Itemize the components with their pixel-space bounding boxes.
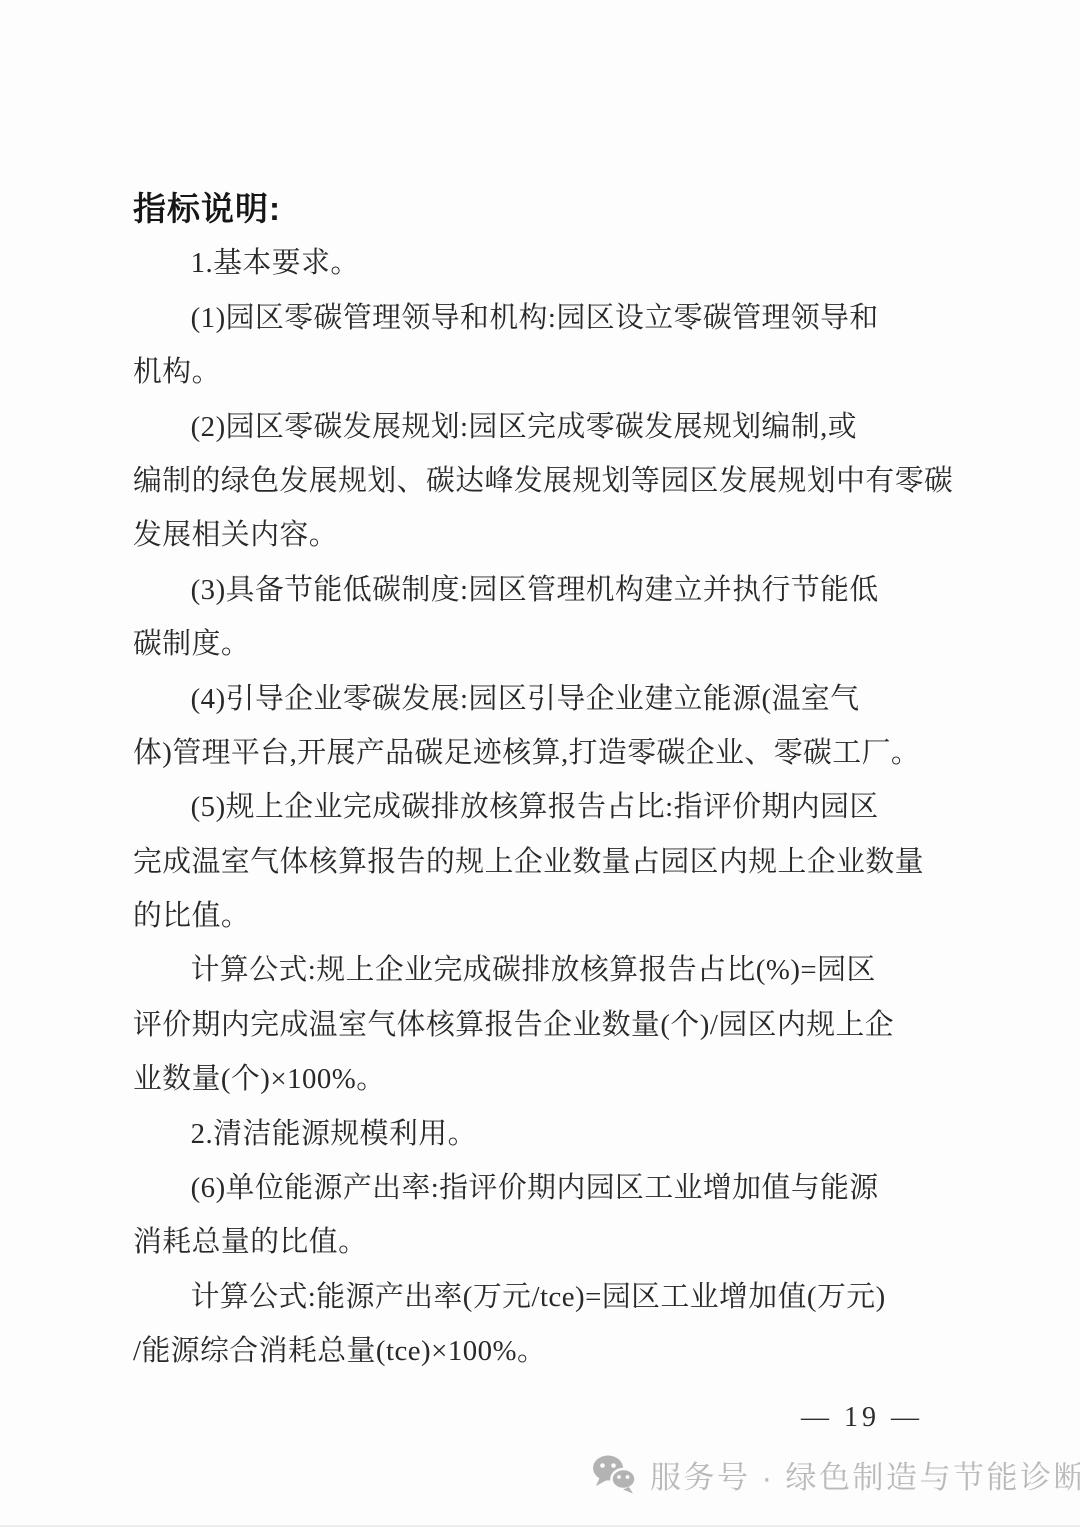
text-line: 编制的绿色发展规划、碳达峰发展规划等园区发展规划中有零碳 — [133, 454, 945, 508]
paragraph: (5)规上企业完成碳排放核算报告占比:指评价期内园区完成温室气体核算报告的规上企… — [133, 780, 945, 943]
text-line: (4)引导企业零碳发展:园区引导企业建立能源(温室气 — [133, 672, 945, 726]
paragraph: 计算公式:能源产出率(万元/tce)=园区工业增加值(万元)/能源综合消耗总量(… — [133, 1270, 945, 1379]
text-line: 评价期内完成温室气体核算报告企业数量(个)/园区内规上企 — [133, 998, 945, 1052]
text-line: 体)管理平台,开展产品碳足迹核算,打造零碳企业、零碳工厂。 — [133, 726, 945, 780]
text-line: (5)规上企业完成碳排放核算报告占比:指评价期内园区 — [133, 780, 945, 834]
page-title: 指标说明: — [133, 182, 945, 236]
text-line: 业数量(个)×100%。 — [133, 1052, 945, 1106]
text-line: (1)园区零碳管理领导和机构:园区设立零碳管理领导和 — [133, 291, 945, 345]
paragraph: (2)园区零碳发展规划:园区完成零碳发展规划编制,或编制的绿色发展规划、碳达峰发… — [133, 400, 945, 563]
text-line: (3)具备节能低碳制度:园区管理机构建立并执行节能低 — [133, 563, 945, 617]
paragraph: 计算公式:规上企业完成碳排放核算报告占比(%)=园区评价期内完成温室气体核算报告… — [133, 943, 945, 1106]
text-line: 1.基本要求。 — [133, 236, 945, 290]
text-line: 计算公式:能源产出率(万元/tce)=园区工业增加值(万元) — [133, 1270, 945, 1324]
wechat-icon — [592, 1454, 638, 1494]
text-line: 碳制度。 — [133, 617, 945, 671]
paragraph: (4)引导企业零碳发展:园区引导企业建立能源(温室气体)管理平台,开展产品碳足迹… — [133, 672, 945, 781]
paragraph: (3)具备节能低碳制度:园区管理机构建立并执行节能低碳制度。 — [133, 563, 945, 672]
text-line: (6)单位能源产出率:指评价期内园区工业增加值与能源 — [133, 1161, 945, 1215]
paragraph: (6)单位能源产出率:指评价期内园区工业增加值与能源消耗总量的比值。 — [133, 1161, 945, 1270]
paragraph: (1)园区零碳管理领导和机构:园区设立零碳管理领导和机构。 — [133, 291, 945, 400]
text-line: 消耗总量的比值。 — [133, 1215, 945, 1269]
text-line: 的比值。 — [133, 889, 945, 943]
page-number: — 19 — — [133, 1396, 923, 1440]
text-line: 2.清洁能源规模利用。 — [133, 1107, 945, 1161]
document-body: 1.基本要求。(1)园区零碳管理领导和机构:园区设立零碳管理领导和机构。(2)园… — [133, 236, 945, 1378]
paragraph: 2.清洁能源规模利用。 — [133, 1107, 945, 1161]
text-line: /能源综合消耗总量(tce)×100%。 — [133, 1324, 945, 1378]
paragraph: 1.基本要求。 — [133, 236, 945, 290]
text-line: (2)园区零碳发展规划:园区完成零碳发展规划编制,或 — [133, 400, 945, 454]
text-line: 机构。 — [133, 345, 945, 399]
wechat-footer: 服务号 · 绿色制造与节能诊断 — [592, 1448, 1080, 1500]
text-line: 完成温室气体核算报告的规上企业数量占园区内规上企业数量 — [133, 835, 945, 889]
text-line: 计算公式:规上企业完成碳排放核算报告占比(%)=园区 — [133, 943, 945, 997]
document-page: 指标说明: 1.基本要求。(1)园区零碳管理领导和机构:园区设立零碳管理领导和机… — [0, 0, 1080, 1527]
text-line: 发展相关内容。 — [133, 508, 945, 562]
document-content: 指标说明: 1.基本要求。(1)园区零碳管理领导和机构:园区设立零碳管理领导和机… — [133, 182, 945, 1379]
footer-label: 服务号 · 绿色制造与节能诊断 — [650, 1452, 1080, 1497]
